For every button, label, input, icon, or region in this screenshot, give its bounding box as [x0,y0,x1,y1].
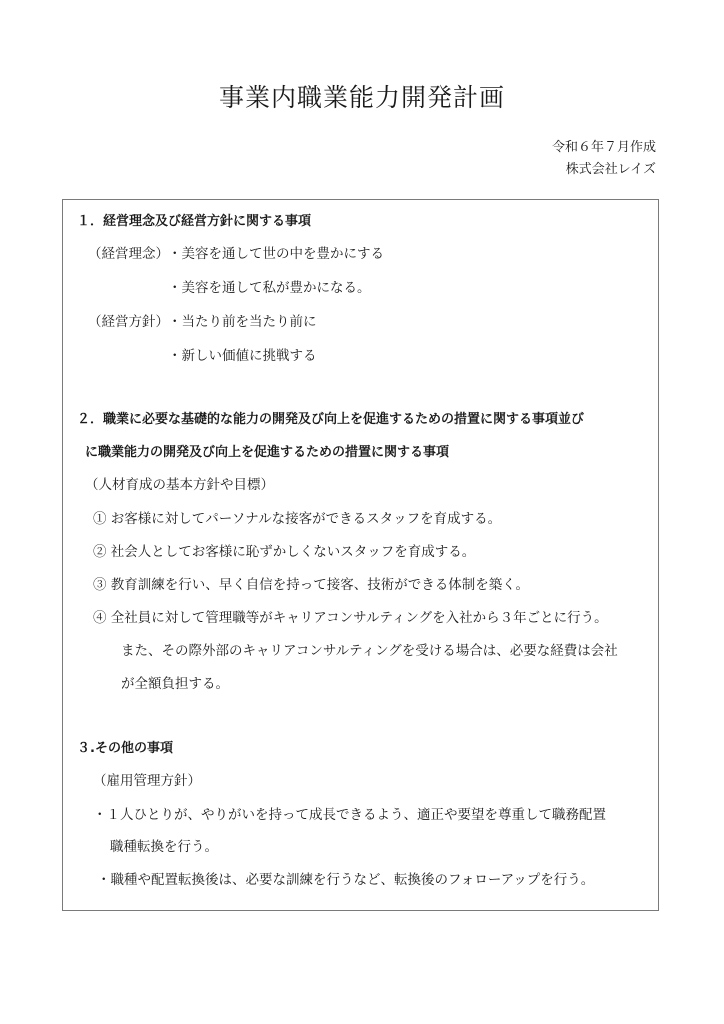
policy-label: （経営方針） [88,310,169,330]
document-title: 事業内職業能力開発計画 [0,78,724,114]
item-number: ④ [93,610,107,626]
section1-heading: １．経営理念及び経営方針に関する事項 [77,210,311,229]
goal-item-1: ① お客様に対してパーソナルな接客ができるスタッフを育成する。 [93,507,501,527]
policy-item: ・新しい価値に挑戦する [168,344,317,364]
item-text: 教育訓練を行い、早く自信を持って接客、技術ができる体制を築く。 [111,577,529,593]
section2-subheading: （人材育成の基本方針や目標） [85,473,274,493]
item-text: 社会人としてお客様に恥ずかしくないスタッフを育成する。 [111,544,476,560]
item-number: ③ [93,577,107,593]
goal-item-2: ② 社会人としてお客様に恥ずかしくないスタッフを育成する。 [93,540,475,560]
section3-heading: ３.その他の事項 [77,737,173,756]
item-number: ① [93,511,107,527]
company-name: 株式会社レイズ [566,158,656,177]
creation-date: 令和６年７月作成 [552,136,656,155]
employment-bullet-2: ・職種や配置転換後は、必要な訓練を行うなど、転換後のフォローアップを行う。 [97,868,594,888]
item-number: ② [93,544,107,560]
goal-item-4-continuation: また、その際外部のキャリアコンサルティングを受ける場合は、必要な経費は会社 [121,639,618,659]
item-text: お客様に対してパーソナルな接客ができるスタッフを育成する。 [111,511,501,527]
philosophy-item: ・美容を通して私が豊かになる。 [168,276,371,296]
policy-item: ・当たり前を当たり前に [168,310,317,330]
section2-heading-line1: ２．職業に必要な基礎的な能力の開発及び向上を促進するための措置に関する事項並び [77,408,584,427]
content-box: １．経営理念及び経営方針に関する事項 （経営理念） ・美容を通して世の中を豊かに… [62,199,659,911]
section3-subheading: （雇用管理方針） [93,769,201,789]
philosophy-item: ・美容を通して世の中を豊かにする [168,242,384,262]
goal-item-3: ③ 教育訓練を行い、早く自信を持って接客、技術ができる体制を築く。 [93,573,529,593]
philosophy-label: （経営理念） [88,242,169,262]
item-text: 全社員に対して管理職等がキャリアコンサルティングを入社から３年ごとに行う。 [111,610,608,626]
goal-item-4-continuation: が全額負担する。 [121,672,229,692]
goal-item-4: ④ 全社員に対して管理職等がキャリアコンサルティングを入社から３年ごとに行う。 [93,606,608,626]
employment-bullet-1: ・１人ひとりが、やりがいを持って成長できるよう、適正や要望を尊重して職務配置 [93,803,606,823]
employment-bullet-1-continuation: 職種転換を行う。 [110,835,218,855]
section2-heading-line2: に職業能力の開発及び向上を促進するための措置に関する事項 [85,441,449,460]
